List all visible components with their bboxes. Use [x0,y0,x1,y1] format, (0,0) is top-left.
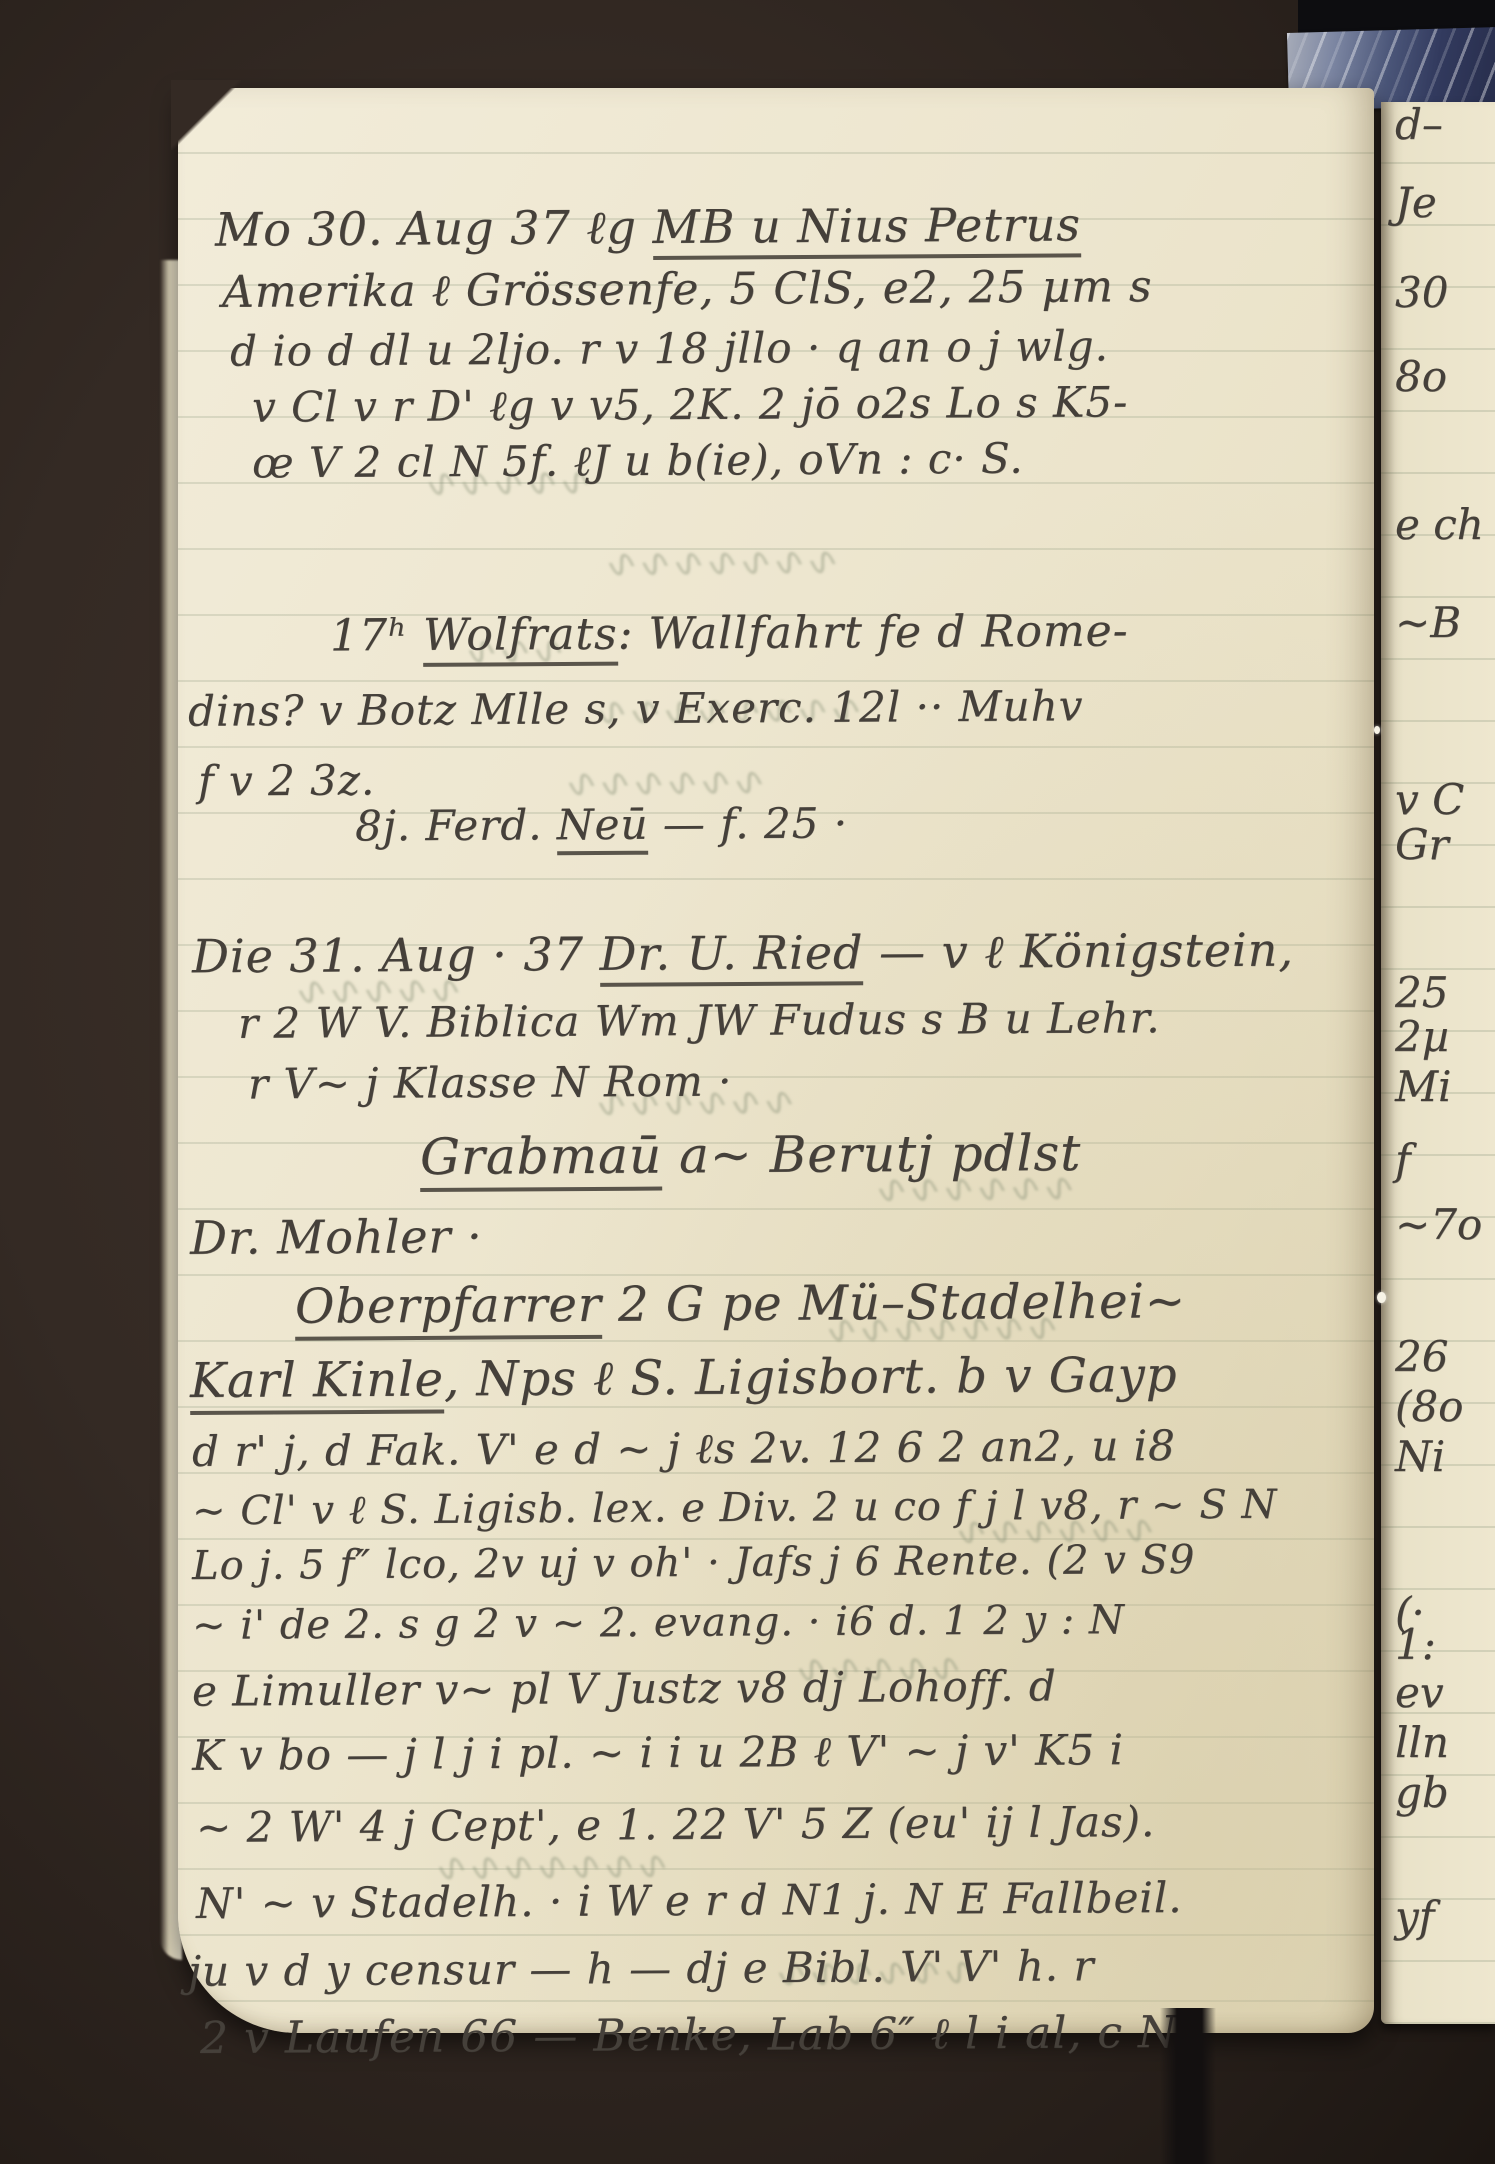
underlined-word: Oberpfarrer [295,1277,602,1341]
handwriting-line: K v bo — j l j i pl. ~ i i u 2B ℓ V' ~ j… [192,1725,1124,1781]
handwriting-fragment: yf [1395,1892,1434,1941]
handwriting-fragment: v C [1395,775,1464,824]
handwriting-fragment: Je [1395,178,1437,227]
paper-flaw [1374,726,1380,734]
handwriting-text: ju v d y censur — h — dj e Bibl. V' V' h… [188,1941,1095,1996]
handwriting-text: Mo 30. Aug 37 ℓg [215,200,653,257]
handwriting-fragment: ~B [1395,598,1461,647]
handwriting-text: 17ʰ [330,610,423,662]
handwriting-fragment: gb [1395,1768,1449,1817]
handwriting-text: Amerika ℓ Grössenfe, 5 ClS, e2, 25 µm s [222,261,1153,318]
handwriting-line: œ V 2 cl N 5f. ℓJ u b(ie), oVn : c· S. [252,434,1024,489]
handwriting-text: e Limuller v~ pl V Justz v8 dj Lohoff. d [192,1661,1057,1715]
handwriting-fragment: 2µ [1395,1012,1449,1061]
handwriting-line: ~ i' de 2. s g 2 v ~ 2. evang. · i6 d. 1… [192,1597,1125,1649]
handwriting-line: ~ Cl' v ℓ S. Ligisb. lex. e Div. 2 u co … [192,1481,1278,1535]
handwriting-text: 2 v Laufen 66 — Benke, Lab 6″ ℓ l i al, … [200,2007,1178,2064]
handwriting-text: Die 31. Aug · 37 [192,927,600,983]
handwriting-fragment: f [1395,1135,1411,1184]
handwriting-line: r 2 W V. Biblica Wm JW Fudus s B u Lehr. [238,993,1161,1048]
handwriting-line: d io d dl u 2ljo. r v 18 jllo · q an o j… [230,321,1109,375]
handwriting-text: N' ~ v Stadelh. · i W e r d N1 j. N E Fa… [196,1873,1183,1928]
handwriting-fragment: Mi [1395,1062,1451,1111]
handwriting-text: f v 2 3z. [198,755,376,805]
underlined-word: MB u Nius Petrus [652,197,1081,260]
handwriting-line: v Cl v r D' ℓg v v5, 2K. 2 jō o2s Lo s K… [252,377,1128,432]
handwriting-line: ju v d y censur — h — dj e Bibl. V' V' h… [188,1941,1095,1996]
underlined-word: Wolfrats [423,609,618,667]
handwriting-text: : Wallfahrt fe d Rome- [617,606,1128,660]
handwriting-fragment: 8o [1395,352,1447,401]
handwriting-fragment: (8o [1395,1382,1463,1431]
handwriting-text: Lo j. 5 f″ lco, 2v uj v oh' · Jafs j 6 R… [192,1537,1196,1589]
handwriting-fragment: ~7o [1395,1200,1482,1249]
handwriting-line: Mo 30. Aug 37 ℓg MB u Nius Petrus [215,197,1081,256]
paper-flaw [1377,1292,1386,1303]
handwriting-line: 2 v Laufen 66 — Benke, Lab 6″ ℓ l i al, … [200,2007,1178,2064]
handwriting-fragment: 25 [1395,968,1448,1017]
handwriting-text: ~ i' de 2. s g 2 v ~ 2. evang. · i6 d. 1… [192,1597,1125,1649]
gutter-shadow [1160,2008,1216,2164]
handwriting-fragment: Gr [1395,820,1449,869]
handwriting-line: r V~ j Klasse N Rom · [248,1057,733,1109]
handwriting-fragment: e ch [1395,500,1484,549]
handwriting-text: a~ Berutj pdlst [662,1124,1082,1185]
handwriting-text: œ V 2 cl N 5f. ℓJ u b(ie), oVn : c· S. [252,434,1024,488]
handwriting-line: e Limuller v~ pl V Justz v8 dj Lohoff. d [192,1661,1057,1715]
handwriting-fragment: 1: [1395,1620,1436,1669]
handwriting-line: dins? v Botz Mlle s, v Exerc. 12l ·· Muh… [188,681,1084,735]
handwriting-line: d r' j, d Fak. V' e d ~ j ℓs 2v. 12 6 2 … [192,1421,1176,1477]
handwriting-text: 8j. Ferd. [355,800,557,850]
handwriting-text: ~ 2 W' 4 j Cept', e 1. 22 V' 5 Z (eu' ij… [196,1797,1156,1852]
handwriting-line: Lo j. 5 f″ lco, 2v uj v oh' · Jafs j 6 R… [192,1537,1196,1589]
handwriting-line: Grabmaū a~ Berutj pdlst [420,1124,1082,1186]
handwriting-fragment: lln [1395,1718,1449,1767]
handwriting-line: Oberpfarrer 2 G pe Mü–Stadelhei~ [295,1273,1186,1334]
handwriting-line: Karl Kinle, Nps ℓ S. Ligisbort. b v Gayp [190,1347,1178,1409]
handwriting-fragment: ev [1395,1668,1444,1717]
underlined-word: Dr. U. Ried [599,925,863,987]
handwriting-line: 17ʰ Wolfrats: Wallfahrt fe d Rome- [330,606,1129,662]
handwriting-line: Die 31. Aug · 37 Dr. U. Ried — v ℓ König… [192,923,1294,984]
handwriting-fragment: 26 [1395,1332,1448,1381]
handwriting-fragment: d– [1395,100,1443,149]
handwriting-text: , Nps ℓ S. Ligisbort. b v Gayp [444,1347,1178,1407]
handwriting-text: d io d dl u 2ljo. r v 18 jllo · q an o j… [230,321,1109,375]
handwriting-layer: Mo 30. Aug 37 ℓg MB u Nius PetrusAmerika… [178,88,1374,2033]
facing-page-fragments: d–Je308oe ch~Bv CGr252µMif~7o26(8oNi(·1:… [1381,102,1495,2024]
page-corner-cut [171,80,241,150]
handwriting-text: Dr. Mohler · [190,1209,483,1265]
handwriting-line: N' ~ v Stadelh. · i W e r d N1 j. N E Fa… [196,1873,1183,1928]
handwriting-text: — f. 25 · [648,798,848,848]
handwriting-text: ~ Cl' v ℓ S. Ligisb. lex. e Div. 2 u co … [192,1482,1278,1535]
handwriting-text: — v ℓ Königstein, [863,923,1294,980]
handwriting-text: d r' j, d Fak. V' e d ~ j ℓs 2v. 12 6 2 … [192,1421,1176,1476]
handwriting-line: Amerika ℓ Grössenfe, 5 ClS, e2, 25 µm s [222,261,1153,318]
handwriting-fragment: 30 [1395,268,1448,317]
handwriting-line: 8j. Ferd. Neū — f. 25 · [355,798,848,850]
underlined-word: Neū [557,800,649,856]
handwriting-text: 2 G pe Mü–Stadelhei~ [602,1273,1187,1333]
notebook-page: ∿∿∿∿∿∿∿∿∿∿∿∿∿∿∿∿∿∿∿∿∿∿∿∿∿∿∿∿∿∿∿∿∿∿∿∿∿∿∿∿… [178,88,1374,2033]
handwriting-text: dins? v Botz Mlle s, v Exerc. 12l ·· Muh… [188,681,1084,735]
handwriting-text: r V~ j Klasse N Rom · [248,1057,733,1109]
handwriting-text: K v bo — j l j i pl. ~ i i u 2B ℓ V' ~ j… [192,1725,1124,1780]
underlined-word: Grabmaū [420,1127,662,1192]
handwriting-line: Dr. Mohler · [190,1209,483,1265]
underlined-word: Karl Kinle [190,1351,444,1415]
notebook-photo-scene: d–Je308oe ch~Bv CGr252µMif~7o26(8oNi(·1:… [0,0,1495,2164]
handwriting-line: f v 2 3z. [198,755,376,805]
handwriting-fragment: Ni [1395,1432,1445,1481]
handwriting-line: ~ 2 W' 4 j Cept', e 1. 22 V' 5 Z (eu' ij… [196,1797,1156,1852]
facing-page-edge: d–Je308oe ch~Bv CGr252µMif~7o26(8oNi(·1:… [1381,102,1495,2024]
handwriting-text: v Cl v r D' ℓg v v5, 2K. 2 jō o2s Lo s K… [252,377,1128,431]
handwriting-text: r 2 W V. Biblica Wm JW Fudus s B u Lehr. [238,993,1161,1048]
